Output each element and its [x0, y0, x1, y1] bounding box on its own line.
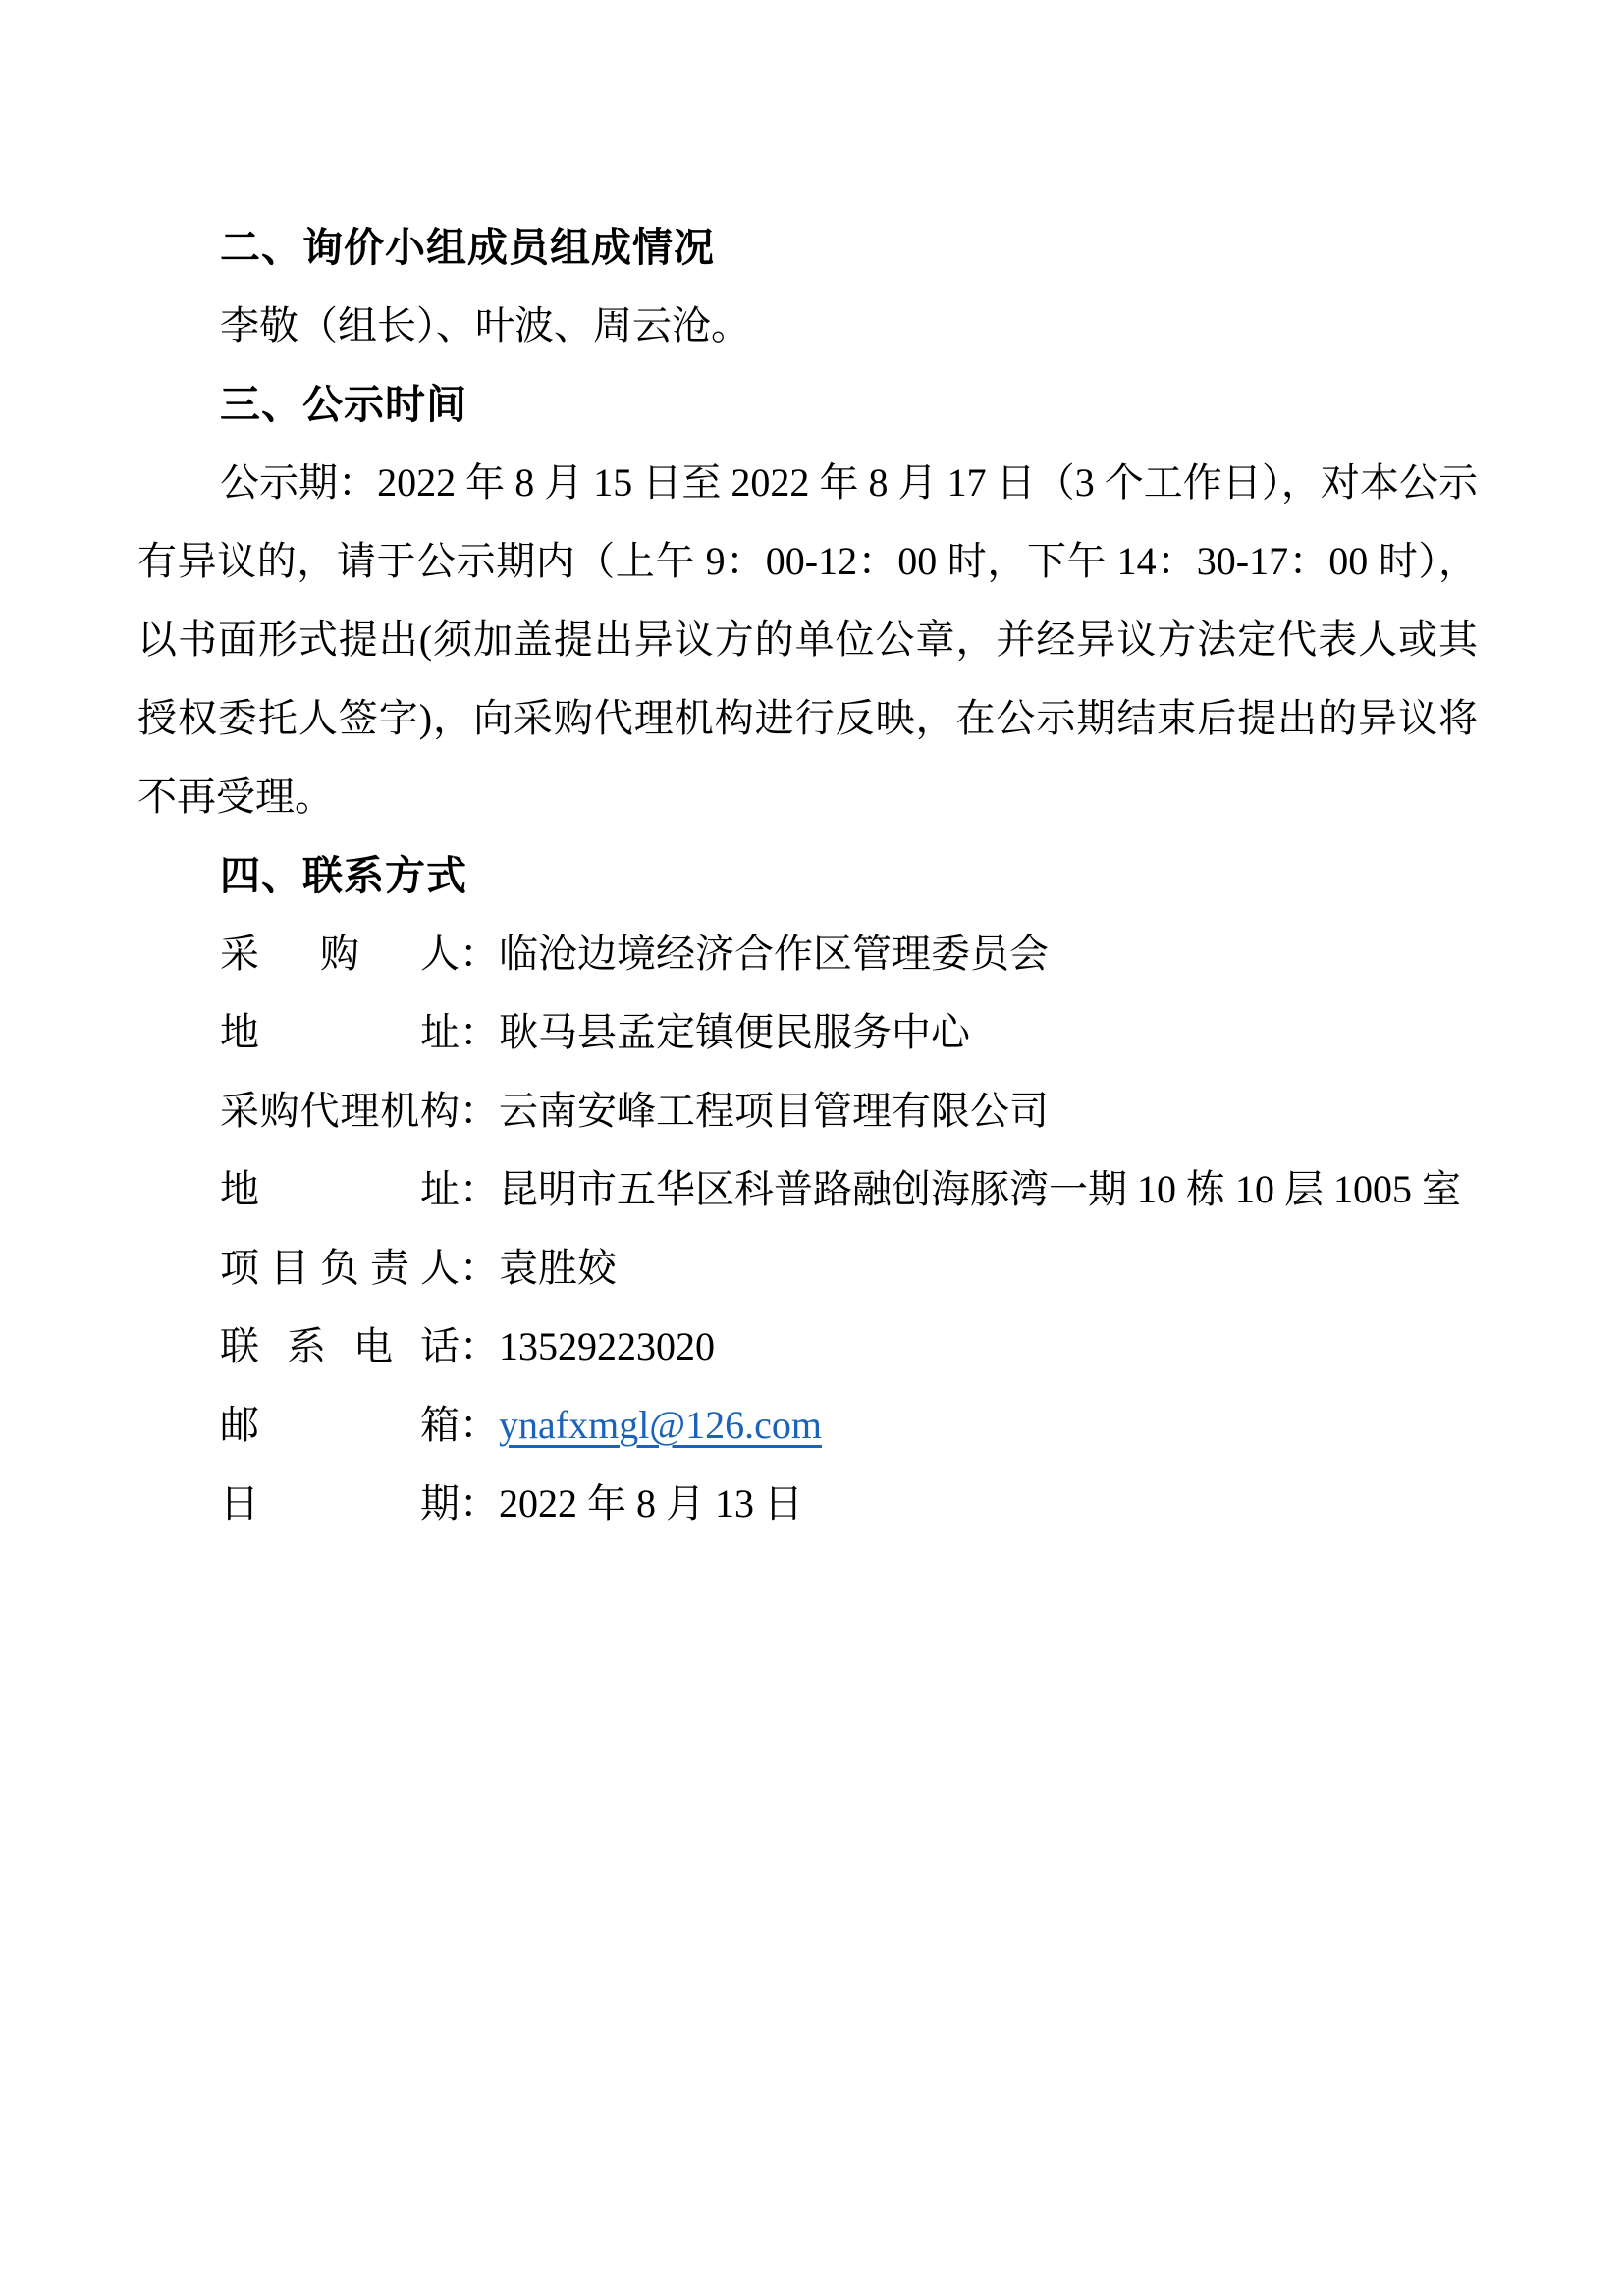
date-value: 2022 年 8 月 13 日	[499, 1481, 803, 1525]
section-2-heading: 二、询价小组成员组成情况	[220, 208, 1478, 287]
contact-row-buyer: 采购人：临沧边境经济合作区管理委员会	[220, 915, 1478, 993]
date-label: 日期	[220, 1465, 460, 1543]
phone-value: 13529223020	[499, 1324, 715, 1368]
buyer-label: 采购人	[220, 915, 460, 993]
contact-row-buyer-address: 地址：耿马县孟定镇便民服务中心	[220, 993, 1478, 1072]
email-label: 邮箱	[220, 1386, 460, 1465]
buyer-address-colon: ：	[460, 993, 499, 1072]
buyer-colon: ：	[460, 915, 499, 993]
project-manager-value: 袁胜姣	[499, 1246, 617, 1290]
agency-address-colon: ：	[460, 1150, 499, 1229]
date-colon: ：	[460, 1465, 499, 1543]
section-3-heading: 三、公示时间	[220, 365, 1478, 444]
email-colon: ：	[460, 1386, 499, 1465]
phone-label: 联系电话	[220, 1308, 460, 1386]
contact-row-project-manager: 项目负责人：袁胜姣	[220, 1229, 1478, 1308]
agency-address-label: 地址	[220, 1150, 460, 1229]
buyer-address-value: 耿马县孟定镇便民服务中心	[499, 1010, 970, 1054]
agency-label: 采购代理机构	[220, 1072, 460, 1150]
phone-colon: ：	[460, 1308, 499, 1386]
contact-row-email: 邮箱：ynafxmgl@126.com	[220, 1386, 1478, 1465]
contact-row-date: 日期：2022 年 8 月 13 日	[220, 1465, 1478, 1543]
project-manager-label: 项目负责人	[220, 1229, 460, 1308]
inquiry-team-members: 李敬（组长）、叶波、周云沧。	[220, 287, 1478, 365]
contact-row-phone: 联系电话：13529223020	[220, 1308, 1478, 1386]
contact-row-agency: 采购代理机构：云南安峰工程项目管理有限公司	[220, 1072, 1478, 1150]
project-manager-colon: ：	[460, 1229, 499, 1308]
publicity-period-paragraph: 公示期：2022 年 8 月 15 日至 2022 年 8 月 17 日（3 个…	[137, 444, 1478, 836]
contact-row-agency-address: 地址：昆明市五华区科普路融创海豚湾一期 10 栋 10 层 1005 室	[220, 1150, 1478, 1229]
agency-colon: ：	[460, 1072, 499, 1150]
agency-value: 云南安峰工程项目管理有限公司	[499, 1089, 1049, 1133]
buyer-value: 临沧边境经济合作区管理委员会	[499, 932, 1049, 976]
document-page: 二、询价小组成员组成情况 李敬（组长）、叶波、周云沧。 三、公示时间 公示期：2…	[0, 0, 1624, 2296]
buyer-address-label: 地址	[220, 993, 460, 1072]
agency-address-value: 昆明市五华区科普路融创海豚湾一期 10 栋 10 层 1005 室	[499, 1167, 1461, 1211]
section-4-heading: 四、联系方式	[220, 836, 1478, 915]
email-link[interactable]: ynafxmgl@126.com	[499, 1403, 822, 1447]
